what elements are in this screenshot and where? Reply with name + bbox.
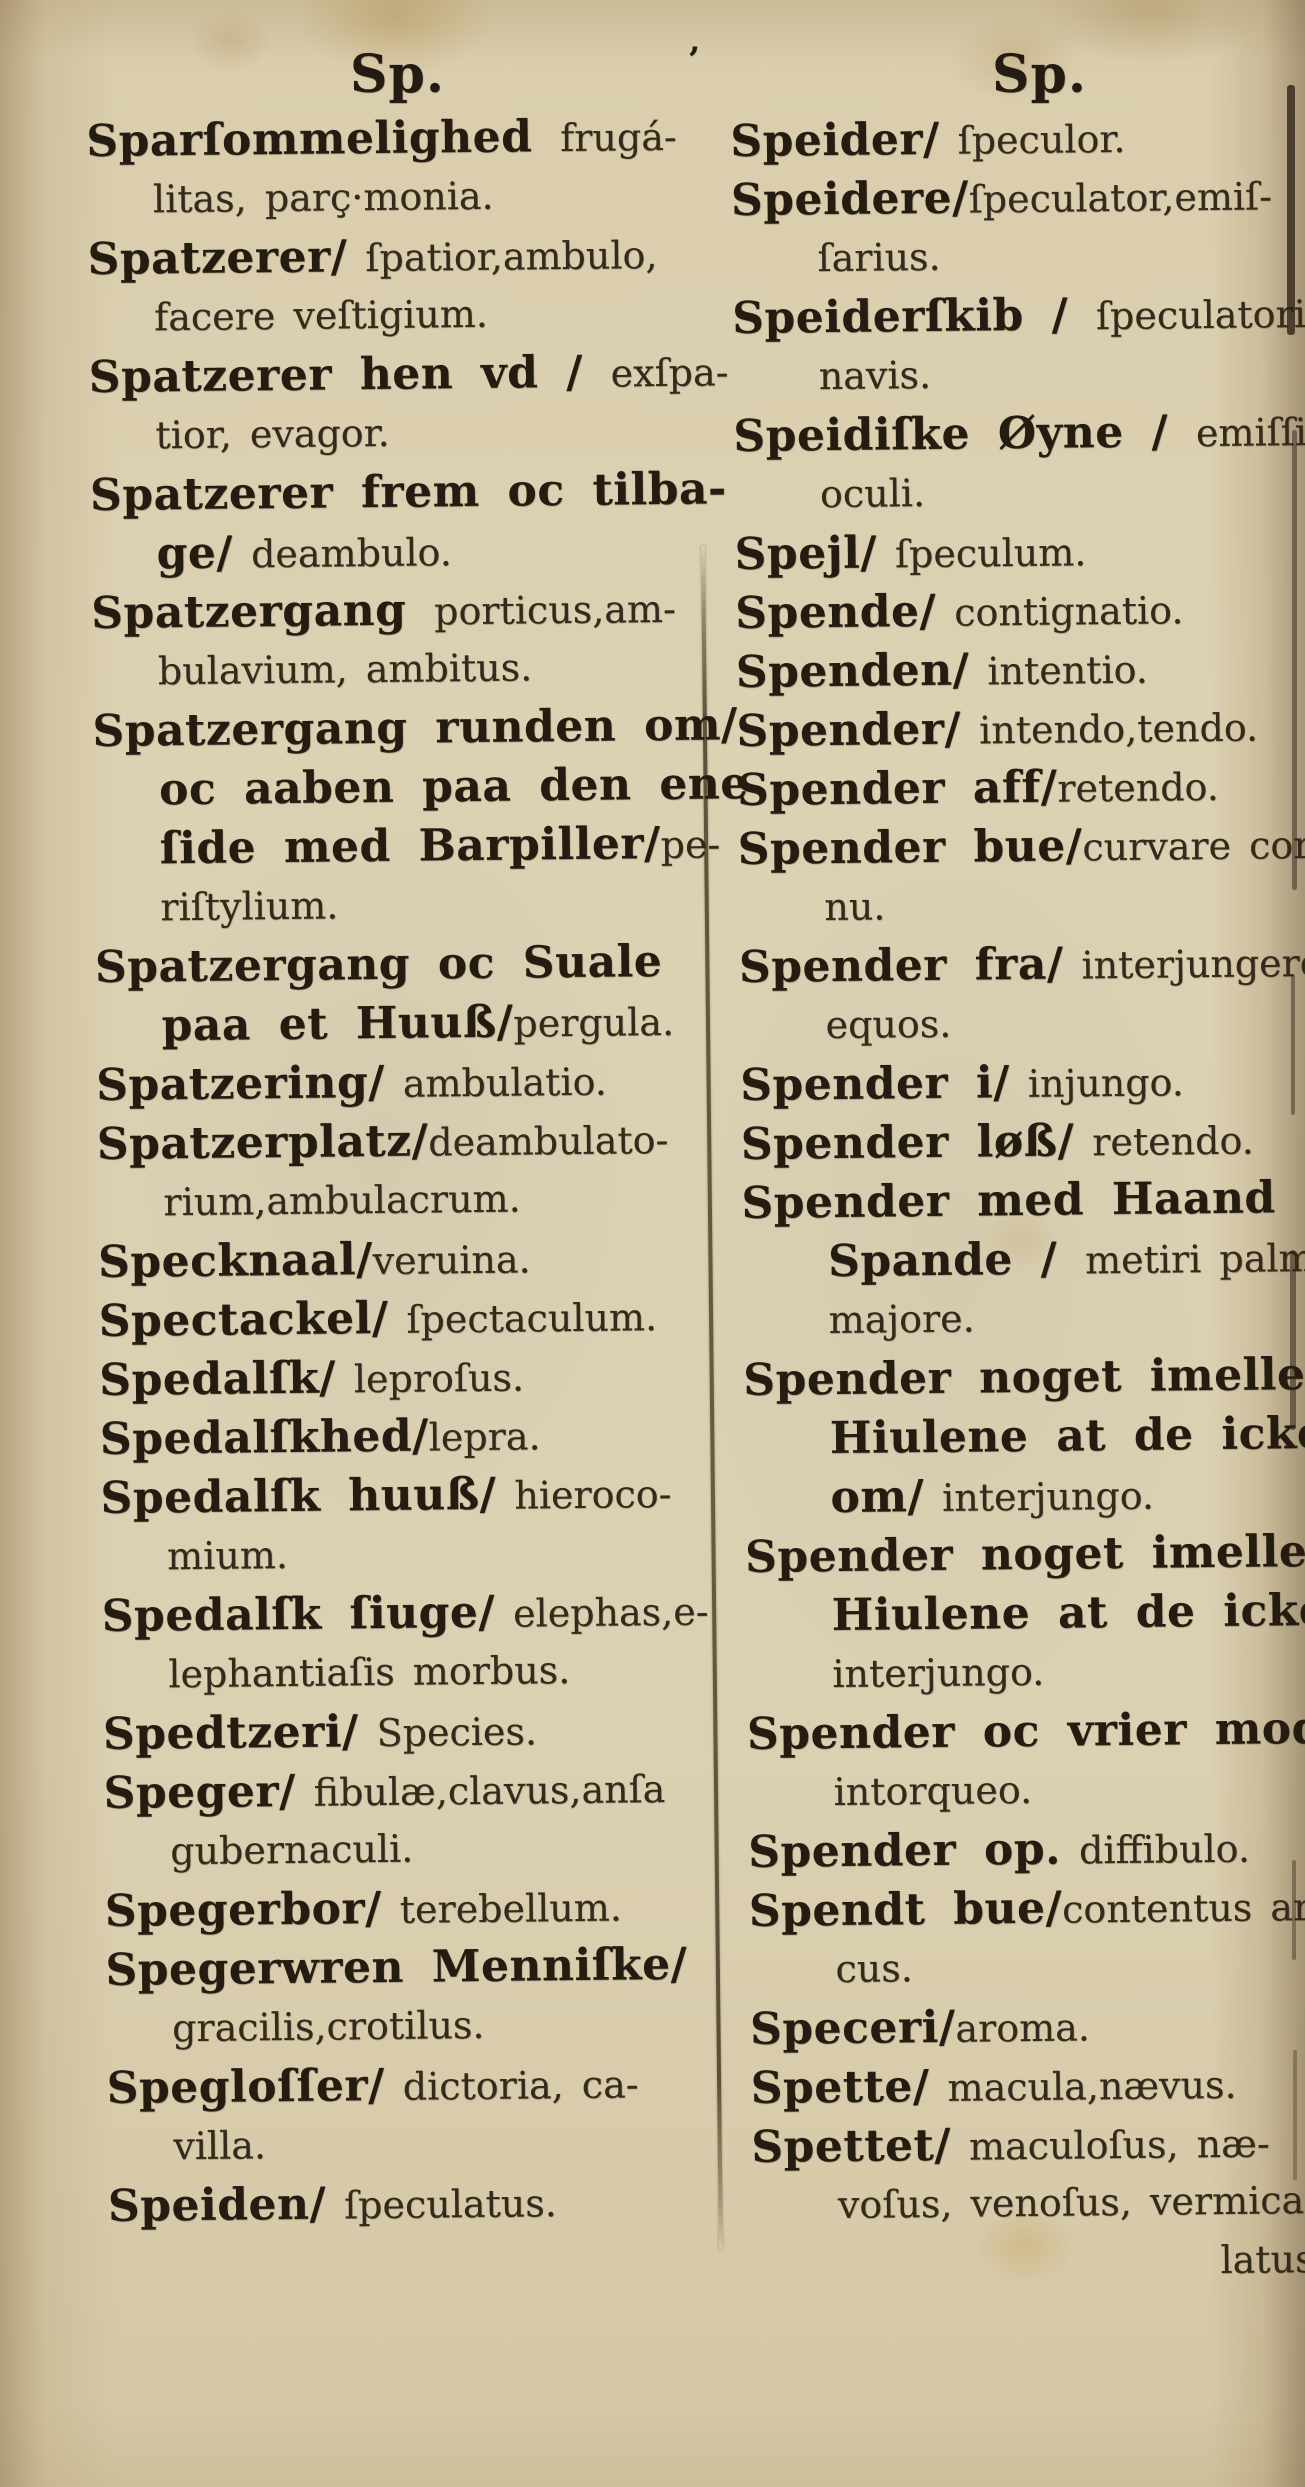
entry-line: ſarius. (731, 224, 1305, 289)
headword-text: Sparſommelighed (86, 111, 560, 167)
latin-gloss-text: diffibulo. (1061, 1827, 1250, 1873)
entry-line: tior, evagor. (89, 400, 715, 466)
entry-line: Spender oc vrier mod/ (747, 1699, 1305, 1764)
headword-text: ge/ (156, 527, 233, 579)
latin-gloss-text: veruina. (372, 1237, 530, 1283)
right-column: Speider/ ſpeculor.Speidere/ſpeculator,em… (730, 106, 1305, 2295)
dictionary-entry: Spatzerplatz/deambulato-rium,ambulacrum. (97, 1108, 723, 1233)
headword-text: Spende/ (735, 586, 936, 639)
headword-text: Spatzerer/ (87, 231, 347, 285)
entry-line: Spatzerer/ ſpatior,ambulo, (87, 223, 713, 289)
latin-gloss-text: exſpa- (610, 350, 728, 395)
latin-gloss-text: retendo. (1057, 765, 1219, 811)
latin-gloss-text: contentus ar- (1062, 1885, 1305, 1932)
entry-line: gracilis,crotilus. (106, 1993, 732, 2059)
dictionary-entry: Spedalſkhed/lepra. (100, 1403, 726, 1469)
headword-text: Spender op. (748, 1824, 1061, 1878)
headword-text: Specknaal/ (98, 1234, 373, 1288)
latin-gloss-text: metiri palmâ (1085, 1236, 1305, 1283)
entry-line: mium. (101, 1521, 727, 1587)
entry-line: equos. (739, 991, 1305, 1056)
entry-line: paa et Huuß/pergula. (95, 990, 721, 1056)
headword-text: Spender noget imellem (745, 1526, 1305, 1583)
latin-gloss-text: injungo. (1010, 1060, 1185, 1106)
latin-gloss-text: lephantiaſis morbus. (168, 1648, 570, 1696)
dictionary-entry: Spettet/ maculoſus, næ-voſus, venoſus, v… (751, 2112, 1305, 2295)
headword-text: Spatzergang (91, 584, 434, 639)
entry-line: facere veſtigium. (88, 282, 714, 348)
dictionary-entry: Spectackel/ ſpectaculum. (98, 1285, 724, 1351)
entry-line: Spatzerer hen vd / exſpa- (88, 341, 714, 407)
latin-gloss-text: porticus,am- (434, 587, 676, 634)
entry-line: Speiden/ ſpeculatus. (108, 2170, 734, 2236)
ink-speck: ’ (688, 40, 700, 80)
latin-gloss-text: rium,ambulacrum. (163, 1177, 521, 1225)
latin-gloss-text: retendo. (1074, 1119, 1254, 1165)
headword-text: Spejl/ (734, 527, 877, 579)
entry-line: Spedtzeri/ Species. (103, 1698, 729, 1764)
headword-text: paa et Huuß/ (161, 997, 513, 1052)
entry-line: rium,ambulacrum. (97, 1167, 723, 1233)
entry-line: Spende/ contignatio. (735, 578, 1305, 643)
entry-line: Speider/ ſpeculor. (730, 106, 1305, 171)
dictionary-entry: Speidere/ſpeculator,emiſ-ſarius. (731, 165, 1305, 289)
entry-line: majore. (742, 1286, 1305, 1351)
latin-gloss-text: ſpeculatus. (326, 2181, 557, 2227)
entry-line: Spectackel/ ſpectaculum. (98, 1285, 724, 1351)
latin-gloss-text: intentio. (969, 648, 1148, 694)
headword-text: Spender i/ (740, 1057, 1010, 1111)
entry-line: Spenden/ intentio. (736, 637, 1305, 702)
entry-line: Spegerwren Menniſke/ (105, 1934, 731, 2000)
headword-text: om/ (830, 1471, 924, 1523)
headword-text: Spatzering/ (96, 1057, 385, 1111)
dictionary-entry: Speidiſke Øyne / emiſſitijoculi. (733, 401, 1305, 525)
headword-text: Spedtzeri/ (103, 1706, 359, 1760)
headword-text: Spendt bue/ (749, 1883, 1063, 1937)
headword-text: Spender oc vrier mod/ (747, 1703, 1305, 1760)
dictionary-entry: Spender bue/curvare cor-nu. (737, 814, 1305, 938)
dictionary-entry: Speiden/ ſpeculatus. (108, 2170, 734, 2236)
entry-line: Spender i/ injungo. (740, 1050, 1305, 1115)
entry-line: bulavium, ambitus. (92, 636, 718, 702)
headword-text: ſide med Barpiller/ (159, 818, 660, 874)
entry-line: Spender/ intendo,tendo. (736, 696, 1305, 761)
latin-gloss-text: nu. (824, 884, 885, 929)
entry-line: gubernaculi. (104, 1816, 730, 1882)
headword-text: Spedalſk/ (99, 1352, 336, 1405)
entry-line: intorqueo. (747, 1758, 1305, 1823)
entry-line: Spedalſk ſiuge/ elephas,e- (101, 1580, 727, 1646)
latin-gloss-text: equos. (825, 1002, 951, 1047)
latin-gloss-text: facere veſtigium. (154, 292, 488, 339)
entry-line: navis. (732, 342, 1305, 407)
entry-line: Spettet/ maculoſus, næ- (751, 2112, 1305, 2177)
latin-gloss-text: oculi. (820, 471, 925, 516)
dictionary-entry: Spender noget imellemHiulene at de icke … (743, 1345, 1305, 1528)
dictionary-entry: Spatzergang porticus,am-bulavium, ambitu… (91, 577, 717, 702)
entry-line: Speceri/aroma. (750, 1994, 1305, 2059)
latin-gloss-text: cus. (835, 1946, 913, 1991)
latin-gloss-text: maculoſus, næ- (951, 2121, 1270, 2168)
entry-line: Spender aff/retendo. (737, 755, 1305, 820)
headword-text: Spande / (828, 1233, 1086, 1287)
headword-text: Spegerbor/ (105, 1883, 382, 1937)
entry-line: Spette/ macula,nævus. (750, 2053, 1305, 2118)
headword-text: Speiden/ (108, 2179, 327, 2232)
dictionary-entry: Spender oc vrier mod/intorqueo. (747, 1699, 1305, 1823)
dictionary-entry: Spender fra/ interjungereequos. (739, 932, 1305, 1056)
headword-text: Spender bue/ (737, 820, 1082, 875)
headword-text: Speiderſkib / (732, 289, 1096, 344)
latin-gloss-text: frugá- (560, 115, 677, 160)
headword-text: Spedalſk huuß/ (100, 1469, 496, 1524)
dictionary-entry: Spender løß/ retendo. (741, 1109, 1305, 1174)
dictionary-entry: Spegloſſer/ dictoria, ca-villa. (106, 2052, 732, 2177)
dictionary-entry: Spette/ macula,nævus. (750, 2053, 1305, 2118)
latin-gloss-text: intendo,tendo. (961, 706, 1259, 753)
latin-gloss-text: ſpeculator,emiſ- (968, 174, 1272, 221)
headword-text: Spegerwren Menniſke/ (105, 1939, 687, 1996)
headword-text: Hiulene at de icke løbe (830, 1406, 1305, 1464)
entry-line: Speiderſkib / ſpeculatoria (732, 283, 1305, 348)
headword-text: Spatzergang runden om/ (92, 699, 738, 757)
latin-gloss-text: tior, evagor. (155, 411, 390, 457)
headword-text: Spettet/ (751, 2120, 951, 2173)
entry-line: Spedalſkhed/lepra. (100, 1403, 726, 1469)
latin-gloss-text: terebellum. (381, 1885, 622, 1932)
dictionary-entry: Spedalſk/ leproſus. (99, 1344, 725, 1410)
dictionary-entry: Spatzerer frem oc tilba-ge/ deambulo. (90, 459, 716, 584)
entry-line: Sparſommelighed frugá- (86, 105, 712, 171)
latin-gloss-text: villa. (173, 2123, 266, 2168)
latin-gloss-text: contignatio. (936, 588, 1184, 635)
headword-text: Spenden/ (736, 645, 970, 698)
dictionary-entry: Spegerbor/ terebellum. (105, 1875, 731, 1941)
dictionary-entry: Spatzering/ ambulatio. (96, 1049, 722, 1115)
dictionary-entry: Spender aff/retendo. (737, 755, 1305, 820)
entry-line: Speger/ fibulæ,clavus,anſa (103, 1757, 729, 1823)
latin-gloss-text: ſarius. (817, 235, 941, 280)
entry-line: Spatzerplatz/deambulato- (97, 1108, 723, 1174)
entry-line: Spatzerer frem oc tilba- (90, 459, 716, 525)
entry-line: Spender noget imellem (745, 1522, 1305, 1587)
page-edge-mark (1292, 430, 1297, 890)
entry-line: Spatzering/ ambulatio. (96, 1049, 722, 1115)
entry-line: voſus, venoſus, vermica- (752, 2171, 1305, 2236)
latin-gloss-text: interjungo. (832, 1650, 1044, 1696)
headword-text: Spatzergang oc Suale (95, 936, 663, 993)
latin-gloss-text: voſus, venoſus, vermica- (838, 2178, 1305, 2227)
entry-line: ge/ deambulo. (90, 518, 716, 584)
dictionary-entry: Speiderſkib / ſpeculatorianavis. (732, 283, 1305, 407)
latin-gloss-text: deambulato- (428, 1118, 669, 1165)
dictionary-entry: Spatzergang oc Sualepaa et Huuß/pergula. (95, 931, 721, 1056)
headword-text: Spender noget imellem (743, 1349, 1305, 1406)
dictionary-entry: Spedalſk ſiuge/ elephas,e-lephantiaſis m… (101, 1580, 727, 1705)
latin-gloss-text: hieroco- (496, 1472, 672, 1518)
latin-gloss-text: elephas,e- (495, 1590, 709, 1636)
entry-line: Spande / metiri palmâ (742, 1227, 1305, 1292)
latin-gloss-text: ſpectaculum. (388, 1295, 657, 1342)
entry-line: om/ interjungo. (744, 1463, 1305, 1528)
dictionary-entry: Spendt bue/contentus ar-cus. (749, 1876, 1305, 2000)
page-edge-mark (1287, 85, 1295, 335)
headword-text: Spedalſkhed/ (100, 1410, 429, 1464)
latin-gloss-text: ſpeculatoria (1096, 292, 1305, 338)
latin-gloss-text: Species. (358, 1709, 537, 1755)
dictionary-entry: Spenden/ intentio. (736, 637, 1305, 702)
headword-text: Spatzerplatz/ (97, 1115, 429, 1169)
headword-text: Spedalſk ſiuge/ (101, 1587, 495, 1642)
latin-gloss-text: gubernaculi. (170, 1827, 414, 1874)
entry-line: riſtylium. (94, 872, 720, 938)
entry-line: lephantiaſis morbus. (102, 1639, 728, 1705)
dictionary-entry: Spender op. diffibulo. (748, 1817, 1305, 1882)
entry-line: Spender løß/ retendo. (741, 1109, 1305, 1174)
latin-gloss-text: litas, parç·monia. (153, 174, 494, 222)
dictionary-entry: Specknaal/veruina. (98, 1226, 724, 1292)
latin-gloss-text: mium. (167, 1533, 288, 1578)
latin-gloss-text: ambulatio. (385, 1060, 608, 1106)
running-head-left: Sp. (350, 44, 445, 105)
entry-line: oc aaben paa den ene (93, 754, 719, 820)
entry-line: Spedalſk huuß/ hieroco- (100, 1462, 726, 1528)
dictionary-entry: Spende/ contignatio. (735, 578, 1305, 643)
latin-gloss-text: ſpeculum. (877, 530, 1087, 576)
entry-line: Spegerbor/ terebellum. (105, 1875, 731, 1941)
latin-gloss-text: riſtylium. (160, 883, 338, 929)
entry-line: Spedalſk/ leproſus. (99, 1344, 725, 1410)
headword-text: Spatzerer hen vd / (89, 347, 611, 403)
dictionary-entry: Speger/ fibulæ,clavus,anſagubernaculi. (103, 1757, 729, 1882)
latin-gloss-text: leproſus. (336, 1355, 525, 1401)
dictionary-entry: Spender noget imellemHiulene at de icke … (745, 1522, 1305, 1705)
latin-gloss-text: pe- (660, 822, 720, 867)
headword-text: Speidiſke Øyne / (733, 406, 1196, 462)
dictionary-entry: Spedtzeri/ Species. (103, 1698, 729, 1764)
dictionary-entry: Spender/ intendo,tendo. (736, 696, 1305, 761)
latin-gloss-text: macula,nævus. (929, 2063, 1237, 2110)
headword-text: Spatzerer frem oc tilba- (90, 463, 727, 521)
running-head-right: Sp. (992, 44, 1087, 105)
headword-text: Speceri/ (750, 2002, 956, 2055)
entry-line: cus. (749, 1935, 1305, 2000)
headword-text: Spender aff/ (737, 762, 1058, 816)
latin-gloss-text: gracilis,crotilus. (172, 2003, 485, 2050)
dictionary-entry: Speider/ ſpeculor. (730, 106, 1305, 171)
entry-line: Spejl/ ſpeculum. (734, 519, 1305, 584)
entry-line: litas, parç·monia. (87, 164, 713, 230)
latin-gloss-text: ſpeculor. (939, 117, 1125, 163)
latin-gloss-text: fibulæ,clavus,anſa (295, 1767, 665, 1815)
entry-line: Spatzergang oc Suale (95, 931, 721, 997)
left-column: Sparſommelighed frugá-litas, parç·monia.… (86, 105, 733, 2235)
page-edge-mark (1290, 1250, 1296, 1430)
entry-line: Spatzergang runden om/ (92, 695, 718, 761)
dictionary-entry: Spatzerer hen vd / exſpa-tior, evagor. (88, 341, 714, 466)
headword-text: oc aaben paa den ene (159, 758, 749, 815)
entry-line: interjungo. (746, 1640, 1305, 1705)
book-page-scan: Sp. ’ Sp. Sparſommelighed frugá-litas, p… (0, 0, 1305, 2487)
latin-gloss-text: navis. (819, 353, 932, 398)
latin-gloss-text: intorqueo. (833, 1768, 1032, 1814)
entry-line: oculi. (734, 460, 1305, 525)
entry-line: ſide med Barpiller/pe- (93, 813, 719, 879)
dictionary-entry: Sparſommelighed frugá-litas, parç·monia. (86, 105, 712, 230)
entry-line: latus (752, 2230, 1305, 2295)
entry-line: Speidiſke Øyne / emiſſitij (733, 401, 1305, 466)
headword-text: Speger/ (103, 1766, 296, 1819)
latin-gloss-text: pergula. (513, 1000, 674, 1046)
entry-line: Spender med Haand oc (741, 1168, 1305, 1233)
headword-text: Spette/ (750, 2061, 929, 2114)
dictionary-entry: Spejl/ ſpeculum. (734, 519, 1305, 584)
latin-gloss-text: interjungere (1063, 941, 1305, 988)
entry-line: Hiulene at de icke ſlebe (745, 1581, 1305, 1646)
latin-gloss-text: deambulo. (233, 530, 452, 576)
entry-line: Hiulene at de icke løbe (744, 1404, 1305, 1469)
entry-line: Spender bue/curvare cor- (737, 814, 1305, 879)
dictionary-entry: Spatzergang runden om/oc aaben paa den e… (92, 695, 719, 938)
entry-line: Spatzergang porticus,am- (91, 577, 717, 643)
latin-gloss-text: dictoria, ca- (384, 2062, 638, 2109)
entry-line: Specknaal/veruina. (98, 1226, 724, 1292)
headword-text: Spegloſſer/ (106, 2060, 384, 2114)
page-edge-mark (1291, 975, 1295, 1115)
headword-text: Hiulene at de icke ſlebe (831, 1583, 1305, 1641)
headword-text: Spectackel/ (98, 1293, 388, 1347)
latin-gloss-text: aroma. (955, 2005, 1090, 2050)
page-edge-mark (1292, 1860, 1296, 1960)
dictionary-entry: Spender med Haand ocSpande / metiri palm… (741, 1168, 1305, 1351)
entry-line: Spender noget imellem (743, 1345, 1305, 1410)
entry-line: Spegloſſer/ dictoria, ca- (106, 2052, 732, 2118)
entry-line: Speidere/ſpeculator,emiſ- (731, 165, 1305, 230)
latin-gloss-text: latus (1220, 2237, 1305, 2282)
page-edge-mark (1293, 2050, 1297, 2180)
headword-text: Spender løß/ (741, 1115, 1075, 1169)
headword-text: Spender/ (736, 704, 961, 757)
headword-text: Spender fra/ (739, 939, 1064, 993)
entry-line: villa. (107, 2111, 733, 2177)
headword-text: Speider/ (730, 114, 940, 167)
latin-gloss-text: majore. (828, 1297, 975, 1343)
dictionary-entry: Speceri/aroma. (750, 1994, 1305, 2059)
latin-gloss-text: interjungo. (924, 1474, 1154, 1520)
latin-gloss-text: emiſſitij (1196, 410, 1305, 456)
entry-line: nu. (738, 873, 1305, 938)
headword-text: Speidere/ (731, 173, 969, 226)
latin-gloss-text: curvare cor- (1082, 823, 1305, 870)
entry-line: Spender fra/ interjungere (739, 932, 1305, 997)
latin-gloss-text: bulavium, ambitus. (158, 645, 533, 693)
entry-line: Spender op. diffibulo. (748, 1817, 1305, 1882)
latin-gloss-text: lepra. (428, 1414, 540, 1459)
latin-gloss-text: ſpatior,ambulo, (347, 233, 658, 280)
headword-text: Spender med Haand oc (741, 1171, 1305, 1228)
entry-line: Spendt bue/contentus ar- (749, 1876, 1305, 1941)
dictionary-entry: Spedalſk huuß/ hieroco-mium. (100, 1462, 726, 1587)
dictionary-entry: Spatzerer/ ſpatior,ambulo,facere veſtigi… (87, 223, 713, 348)
dictionary-entry: Spender i/ injungo. (740, 1050, 1305, 1115)
dictionary-entry: Spegerwren Menniſke/gracilis,crotilus. (105, 1934, 731, 2059)
